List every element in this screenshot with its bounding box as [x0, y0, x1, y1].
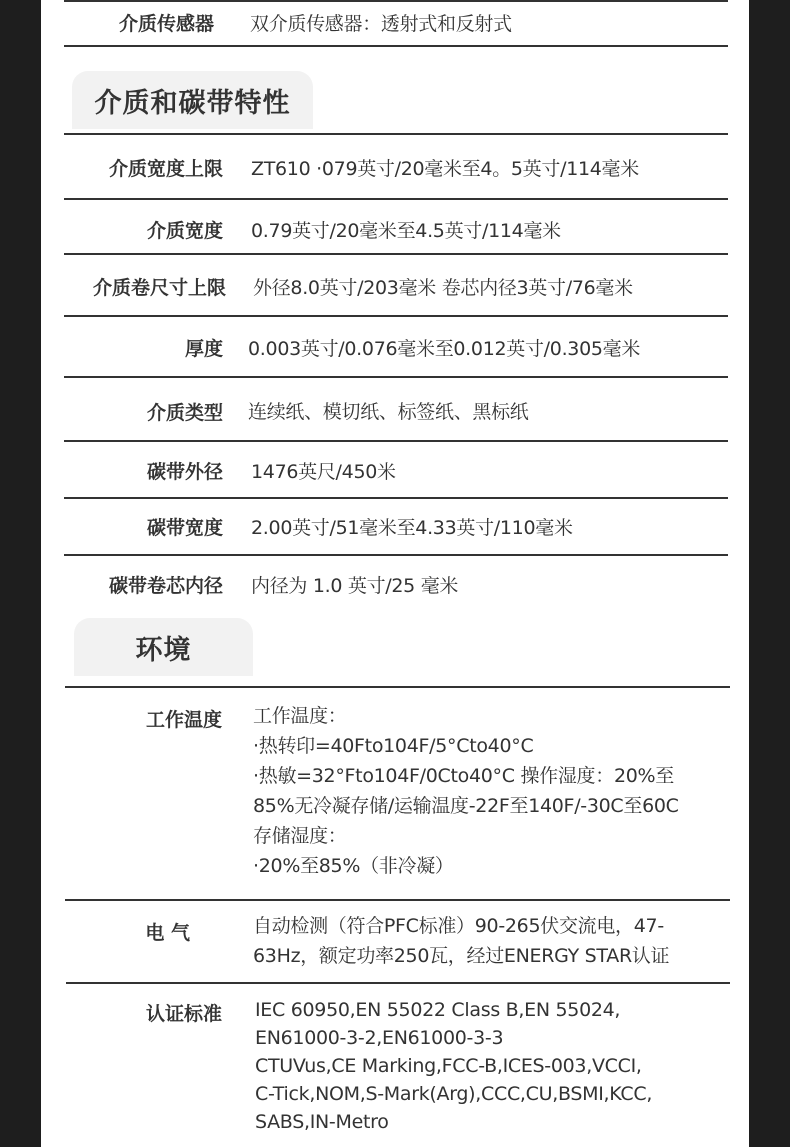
row-label-electrical: 电 气	[145, 918, 190, 945]
row-label-media-sensor: 介质传感器	[119, 9, 214, 36]
row-label: 厚度	[185, 334, 223, 361]
divider	[64, 0, 728, 2]
text-line: IEC 60950,EN 55022 Class B,EN 55024,	[255, 996, 652, 1024]
row-value: 连续纸、模切纸、标签纸、黑标纸	[248, 397, 529, 424]
divider	[64, 376, 728, 378]
text-line: ·热转印=40Fto104F/5°Cto40°C	[253, 731, 679, 761]
divider	[64, 440, 728, 442]
divider	[64, 133, 728, 135]
text-line: 63Hz，额定功率250瓦，经过ENERGY STAR认证	[253, 941, 669, 971]
row-value: 外径8.0英寸/203毫米 卷芯内径3英寸/76毫米	[253, 273, 633, 300]
divider	[66, 982, 730, 984]
row-label: 碳带卷芯内径	[109, 571, 223, 598]
divider	[64, 198, 728, 200]
row-label: 介质类型	[147, 398, 223, 425]
text-line: ·热敏=32°Fto104F/0Cto40°C 操作湿度：20%至	[253, 761, 679, 791]
divider	[64, 45, 728, 47]
divider	[64, 315, 728, 317]
text-line: SABS,IN-Metro	[255, 1108, 652, 1136]
row-value-media-sensor: 双介质传感器：透射式和反射式	[250, 9, 512, 36]
divider	[65, 686, 730, 688]
text-line: CTUVus,CE Marking,FCC-B,ICES-003,VCCI,	[255, 1052, 652, 1080]
text-line: EN61000-3-2,EN61000-3-3	[255, 1024, 652, 1052]
section-title: 介质和碳带特性	[95, 81, 291, 120]
text-line: 自动检测（符合PFC标准）90-265伏交流电，47-	[253, 911, 669, 941]
row-value-electrical: 自动检测（符合PFC标准）90-265伏交流电，47- 63Hz，额定功率250…	[253, 911, 669, 971]
section-title: 环境	[136, 628, 192, 667]
row-value: 0.79英寸/20毫米至4.5英寸/114毫米	[251, 216, 561, 243]
row-value-certifications: IEC 60950,EN 55022 Class B,EN 55024, EN6…	[255, 996, 652, 1136]
section-header-environment: 环境	[74, 618, 253, 676]
row-label: 碳带外径	[147, 457, 223, 484]
text-line: ·20%至85%（非冷凝）	[253, 851, 679, 881]
text-line: 85%无冷凝存储/运输温度-22F至140F/-30C至60C	[253, 791, 679, 821]
row-label: 介质宽度	[147, 216, 223, 243]
section-header-media-ribbon: 介质和碳带特性	[72, 71, 313, 129]
text-line: 存储湿度：	[253, 821, 679, 851]
text-line: 工作温度：	[253, 701, 679, 731]
row-label-certifications: 认证标准	[146, 999, 222, 1026]
row-label-operating-temp: 工作温度	[146, 705, 222, 732]
row-label: 碳带宽度	[147, 513, 223, 540]
row-value: 2.00英寸/51毫米至4.33英寸/110毫米	[251, 513, 573, 540]
row-label: 介质宽度上限	[109, 154, 223, 181]
text-line: C-Tick,NOM,S-Mark(Arg),CCC,CU,BSMI,KCC,	[255, 1080, 652, 1108]
row-value-operating-temp: 工作温度： ·热转印=40Fto104F/5°Cto40°C ·热敏=32°Ft…	[253, 701, 679, 881]
row-value: 0.003英寸/0.076毫米至0.012英寸/0.305毫米	[248, 334, 640, 361]
row-label: 介质卷尺寸上限	[93, 273, 226, 300]
row-value: ZT610 ·079英寸/20毫米至4。5英寸/114毫米	[251, 154, 639, 181]
divider	[64, 554, 728, 556]
row-value: 内径为 1.0 英寸/25 毫米	[251, 571, 458, 598]
divider	[64, 253, 728, 255]
row-value: 1476英尺/450米	[251, 457, 396, 484]
divider	[64, 497, 728, 499]
divider	[65, 899, 730, 901]
